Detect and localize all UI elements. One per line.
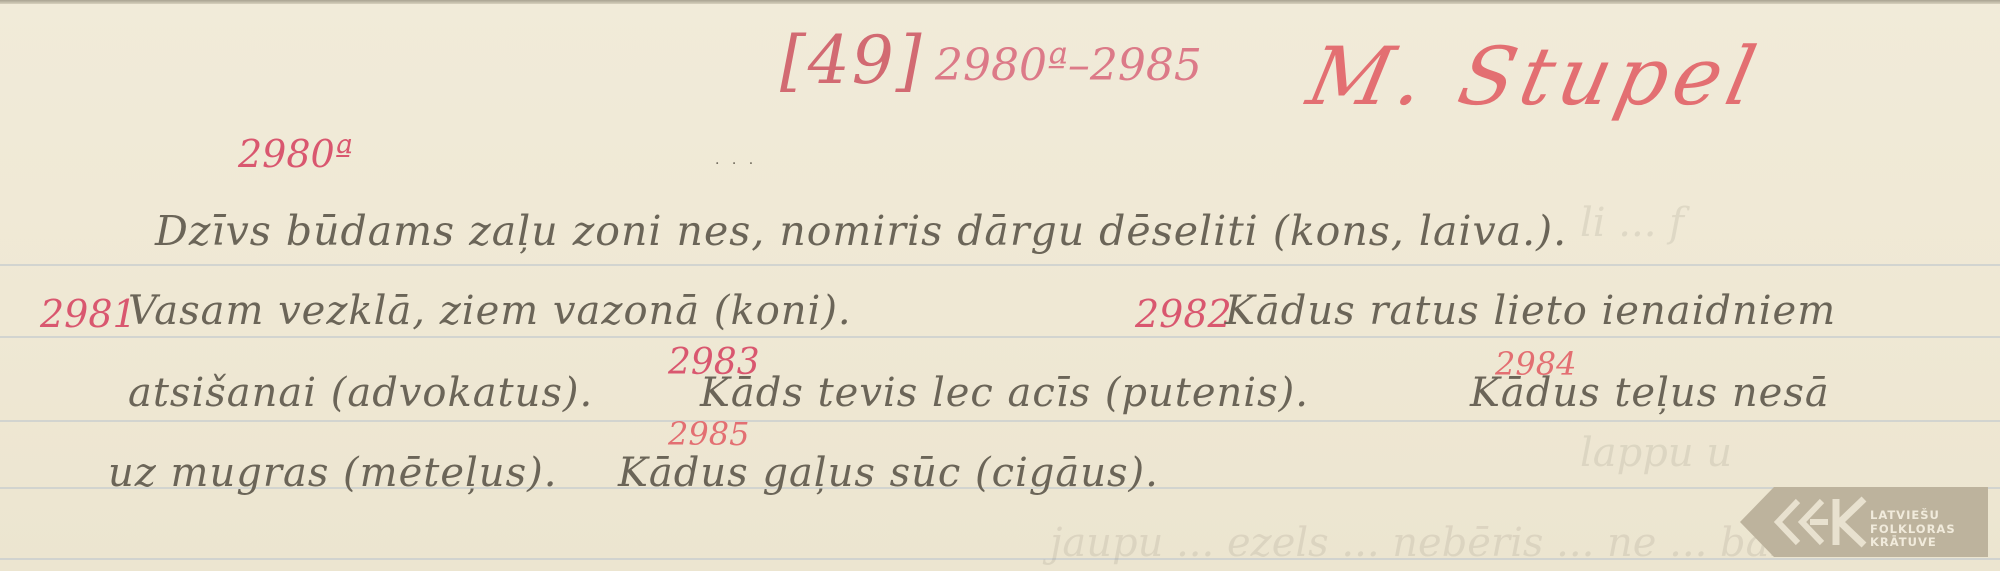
number-range: 2980ª–2985 — [935, 40, 1202, 91]
bleed-through-text: jaupu ... ezels ... nebēris ... ne ... b… — [1050, 520, 1806, 566]
handwritten-line-1: Dzīvs būdams zaļu zoni nes, nomiris dārg… — [155, 207, 1567, 255]
logo-line-3: KRĀTUVE — [1870, 536, 1980, 550]
ruled-line — [0, 264, 2000, 266]
handwritten-line-3b: Kāds tevis lec acīs (putenis). — [700, 370, 1309, 416]
bleed-through-text: lappu u — [1580, 430, 1732, 476]
page-top-edge — [0, 0, 2000, 4]
archive-logo: LATVIEŠU FOLKLORAS KRĀTUVE — [1740, 487, 1988, 557]
ruled-line — [0, 336, 2000, 338]
entry-number-2982: 2982 — [1135, 292, 1232, 336]
logo-line-1: LATVIEŠU — [1870, 509, 1980, 523]
entry-number-2980a: 2980ª — [238, 132, 353, 176]
handwritten-line-2a: Vasam vezklā, ziem vazonā (koni). — [128, 288, 852, 334]
ruled-line — [0, 420, 2000, 422]
ink-dots: · · · — [715, 156, 757, 172]
collector-signature: M. Stupel — [1300, 30, 1769, 123]
entry-number-2981: 2981 — [40, 292, 137, 336]
handwritten-line-3c: Kādus teļus nesā — [1470, 370, 1830, 416]
page-number: [49] — [780, 22, 923, 99]
bleed-through-text: li ... f — [1580, 200, 1684, 246]
manuscript-page: li ... f lappu u jaupu ... ezels ... neb… — [0, 0, 2000, 571]
handwritten-line-4a: uz mugras (mēteļus). — [108, 450, 557, 496]
logo-text: LATVIEŠU FOLKLORAS KRĀTUVE — [1870, 509, 1980, 550]
handwritten-line-3a: atsišanai (advokatus). — [128, 370, 593, 416]
handwritten-line-4b: Kādus gaļus sūc (cigāus). — [618, 450, 1159, 496]
handwritten-line-2b: Kādus ratus lieto ienaidniem — [1225, 288, 1836, 334]
entry-number-2985: 2985 — [668, 415, 749, 453]
logo-line-2: FOLKLORAS — [1870, 523, 1980, 537]
